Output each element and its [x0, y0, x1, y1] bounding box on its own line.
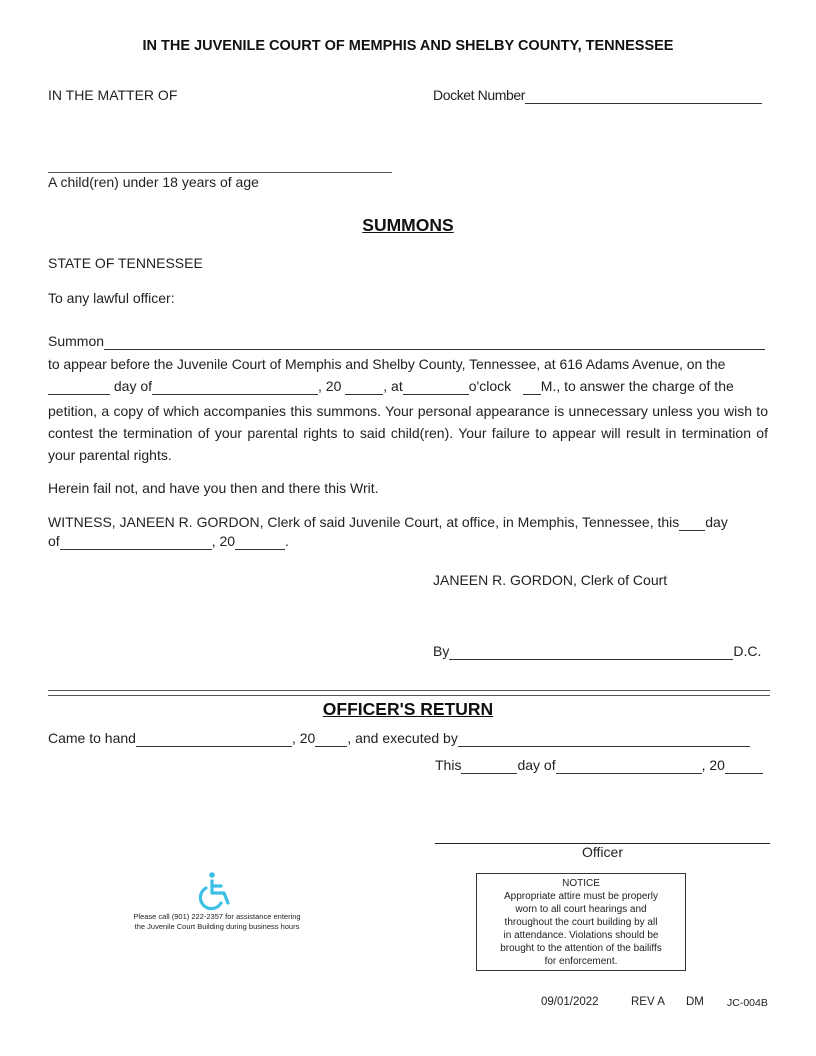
appear-text: to appear before the Juvenile Court of M…: [48, 356, 768, 372]
came-to-hand-row: Came to hand , 20 , and executed by: [48, 730, 750, 747]
day-of-label: day of: [114, 378, 152, 394]
return-year-field[interactable]: [725, 757, 763, 774]
form-revision: REV A: [631, 996, 665, 1008]
summon-label: Summon: [48, 333, 104, 349]
appearance-year-field[interactable]: [345, 378, 383, 395]
form-initials: DM: [686, 996, 704, 1008]
notice-line: in attendance. Violations should be: [477, 929, 685, 942]
docket-number-field[interactable]: [525, 87, 762, 104]
state-label: STATE OF TENNESSEE: [48, 255, 203, 271]
witness-day-label: day: [705, 514, 728, 530]
came-to-hand-date-field[interactable]: [136, 730, 292, 747]
notice-line: throughout the court building by all: [477, 916, 685, 929]
this-label: This: [435, 757, 461, 773]
return-year-prefix: , 20: [702, 757, 725, 773]
hand-year-prefix: , 20: [292, 730, 315, 746]
court-title: IN THE JUVENILE COURT OF MEMPHIS AND SHE…: [0, 38, 816, 54]
notice-line: brought to the attention of the bailiffs: [477, 942, 685, 955]
section-divider-top: [48, 690, 770, 691]
witness-period: .: [285, 533, 289, 549]
return-date-row: This day of , 20: [435, 757, 763, 774]
witness-of-label: of: [48, 533, 60, 549]
witness-year-field[interactable]: [235, 533, 285, 550]
return-month-field[interactable]: [556, 757, 702, 774]
notice-line: for enforcement.: [477, 955, 685, 968]
notice-title: NOTICE: [477, 877, 685, 890]
summon-row: Summon: [48, 333, 765, 350]
witness-date-row: of , 20 .: [48, 533, 289, 550]
executed-by-label: , and executed by: [347, 730, 458, 746]
witness-year-prefix: , 20: [212, 533, 235, 549]
docket-label: Docket Number: [433, 87, 525, 103]
officers-return-heading: OFFICER'S RETURN: [0, 699, 816, 720]
herein-text: Herein fail not, and have you then and t…: [48, 480, 379, 496]
notice-line: worn to all court hearings and: [477, 903, 685, 916]
witness-text: WITNESS, JANEEN R. GORDON, Clerk of said…: [48, 514, 679, 530]
appearance-date-row: day of , 20 , at o'clock M., to answer t…: [48, 378, 734, 395]
came-to-hand-year-field[interactable]: [315, 730, 347, 747]
witness-month-field[interactable]: [60, 533, 212, 550]
clerk-signature: JANEEN R. GORDON, Clerk of Court: [433, 572, 667, 588]
meridiem-field[interactable]: [523, 378, 541, 395]
docket-number-row: Docket Number: [433, 87, 762, 104]
return-day-field[interactable]: [461, 757, 517, 774]
came-to-hand-label: Came to hand: [48, 730, 136, 746]
form-number: JC-004B: [727, 997, 768, 1009]
at-label: , at: [383, 378, 402, 394]
deputy-clerk-signature-field[interactable]: [449, 643, 733, 660]
executed-by-field[interactable]: [458, 730, 750, 747]
year-prefix: , 20: [318, 378, 341, 394]
section-divider-bottom: [48, 695, 770, 696]
notice-line: Appropriate attire must be properly: [477, 890, 685, 903]
accessibility-assistance-text: Please call (901) 222-2357 for assistanc…: [132, 912, 302, 931]
summons-body: petition, a copy of which accompanies th…: [48, 400, 768, 466]
appearance-time-field[interactable]: [403, 378, 469, 395]
by-label: By: [433, 643, 449, 659]
meridiem-suffix: M., to answer the charge of the: [541, 378, 734, 394]
summons-heading: SUMMONS: [0, 215, 816, 236]
salutation: To any lawful officer:: [48, 290, 175, 306]
attire-notice-box: NOTICE Appropriate attire must be proper…: [476, 873, 686, 971]
officer-label: Officer: [435, 844, 770, 860]
witness-day-field[interactable]: [679, 514, 705, 531]
dc-label: D.C.: [733, 643, 761, 659]
matter-label: IN THE MATTER OF: [48, 87, 177, 103]
child-caption: A child(ren) under 18 years of age: [48, 174, 259, 190]
witness-row: WITNESS, JANEEN R. GORDON, Clerk of said…: [48, 514, 728, 531]
oclock-label: o'clock: [469, 378, 511, 394]
child-name-field[interactable]: [48, 158, 392, 173]
deputy-clerk-row: By D.C.: [433, 643, 761, 660]
appearance-day-field[interactable]: [48, 378, 110, 395]
wheelchair-icon: [194, 871, 236, 911]
summon-name-field[interactable]: [104, 333, 765, 350]
form-date: 09/01/2022: [541, 996, 599, 1008]
day-of-label: day of: [517, 757, 555, 773]
appearance-month-field[interactable]: [152, 378, 318, 395]
